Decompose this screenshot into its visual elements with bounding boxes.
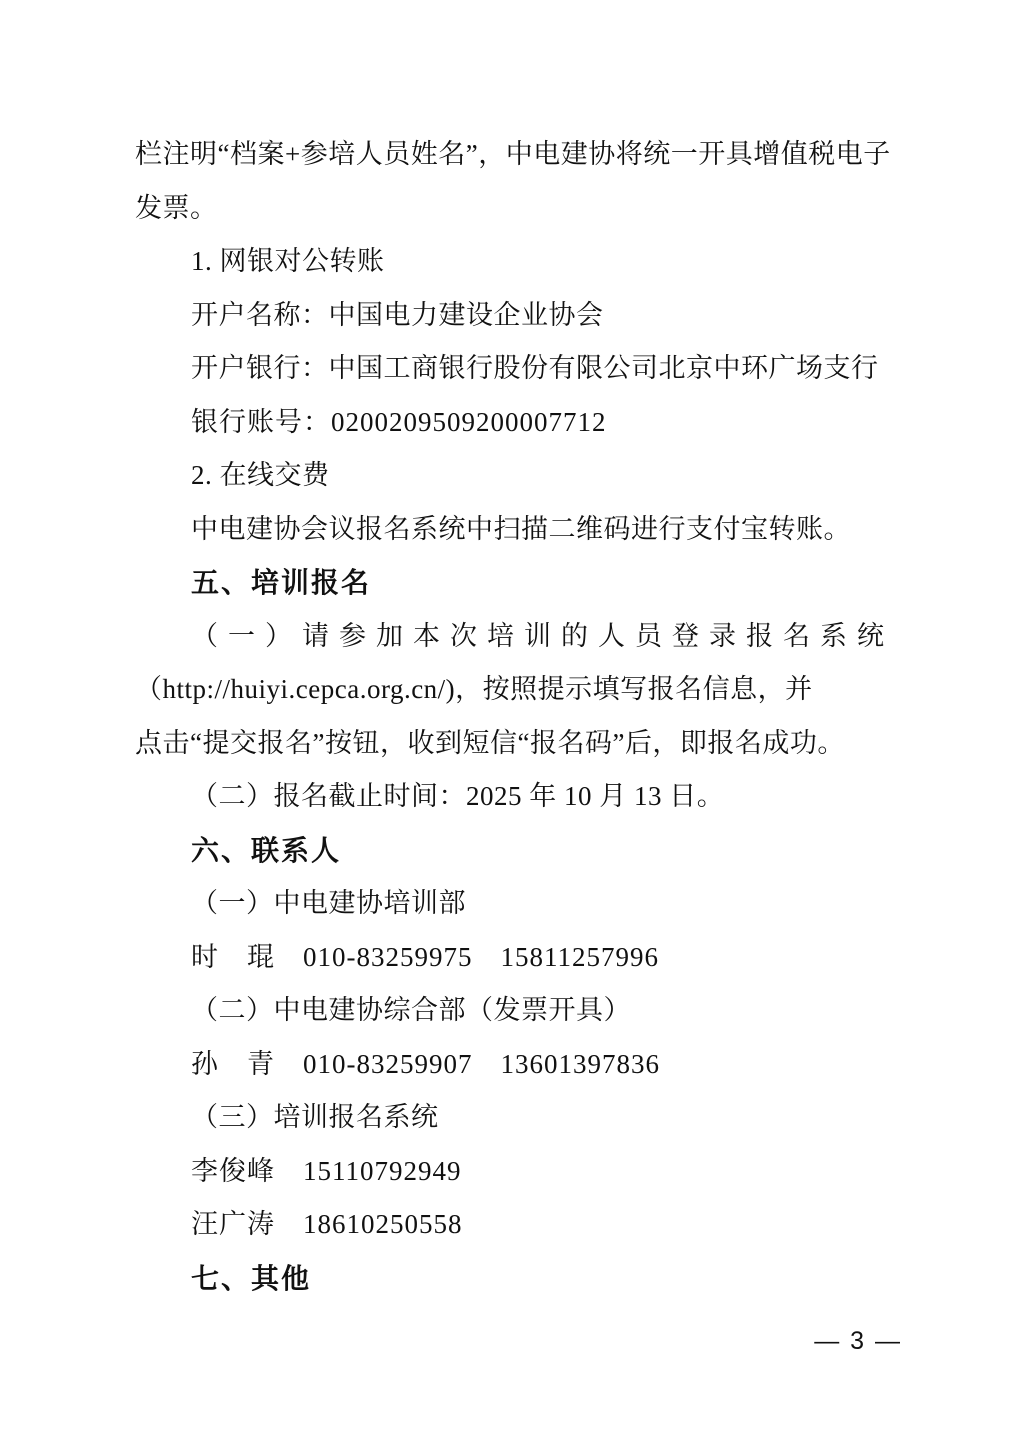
item-online-payment-title: 2. 在线交费 <box>135 449 903 503</box>
online-payment-desc-line: 中电建协会议报名系统中扫描二维码进行支付宝转账。 <box>135 503 903 557</box>
bank-account-number-line: 银行账号：0200209509200007712 <box>135 396 903 450</box>
contact-group-registration-system: （三）培训报名系统 <box>135 1091 903 1145</box>
contact-group-training-dept: （一）中电建协培训部 <box>135 877 903 931</box>
registration-url-line: （http://huiyi.cepca.org.cn/)，按照提示填写报名信息，… <box>135 663 903 717</box>
page-number: — 3 — <box>814 1327 902 1355</box>
contact-li-junfeng-line: 李俊峰 15110792949 <box>135 1145 903 1199</box>
heading-section-5-registration: 五、培训报名 <box>135 556 903 610</box>
bank-name-line: 开户银行：中国工商银行股份有限公司北京中环广场支行 <box>135 342 903 396</box>
registration-instruction-line-1: （一）请参加本次培训的人员登录报名系统 <box>135 610 903 664</box>
account-name-line: 开户名称：中国电力建设企业协会 <box>135 289 903 343</box>
contact-sun-qing-line: 孙 青 010-83259907 13601397836 <box>135 1038 903 1092</box>
document-page: 栏注明“档案+参培人员姓名”，中电建协将统一开具增值税电子 发票。 1. 网银对… <box>0 0 1024 1447</box>
paragraph-invoice-note-line-2: 发票。 <box>135 182 903 236</box>
registration-deadline-line: （二）报名截止时间：2025 年 10 月 13 日。 <box>135 770 903 824</box>
contact-shi-kun-line: 时 琨 010-83259975 15811257996 <box>135 931 903 985</box>
heading-section-7-other: 七、其他 <box>135 1252 903 1306</box>
heading-section-6-contacts: 六、联系人 <box>135 824 903 878</box>
registration-instruction-line-3: 点击“提交报名”按钮，收到短信“报名码”后，即报名成功。 <box>135 717 903 771</box>
contact-wang-guangtao-line: 汪广涛 18610250558 <box>135 1198 903 1252</box>
document-body: 栏注明“档案+参培人员姓名”，中电建协将统一开具增值税电子 发票。 1. 网银对… <box>135 128 903 1305</box>
paragraph-invoice-note-line-1: 栏注明“档案+参培人员姓名”，中电建协将统一开具增值税电子 <box>135 128 903 182</box>
contact-group-general-dept: （二）中电建协综合部（发票开具） <box>135 984 903 1038</box>
item-bank-transfer-title: 1. 网银对公转账 <box>135 235 903 289</box>
